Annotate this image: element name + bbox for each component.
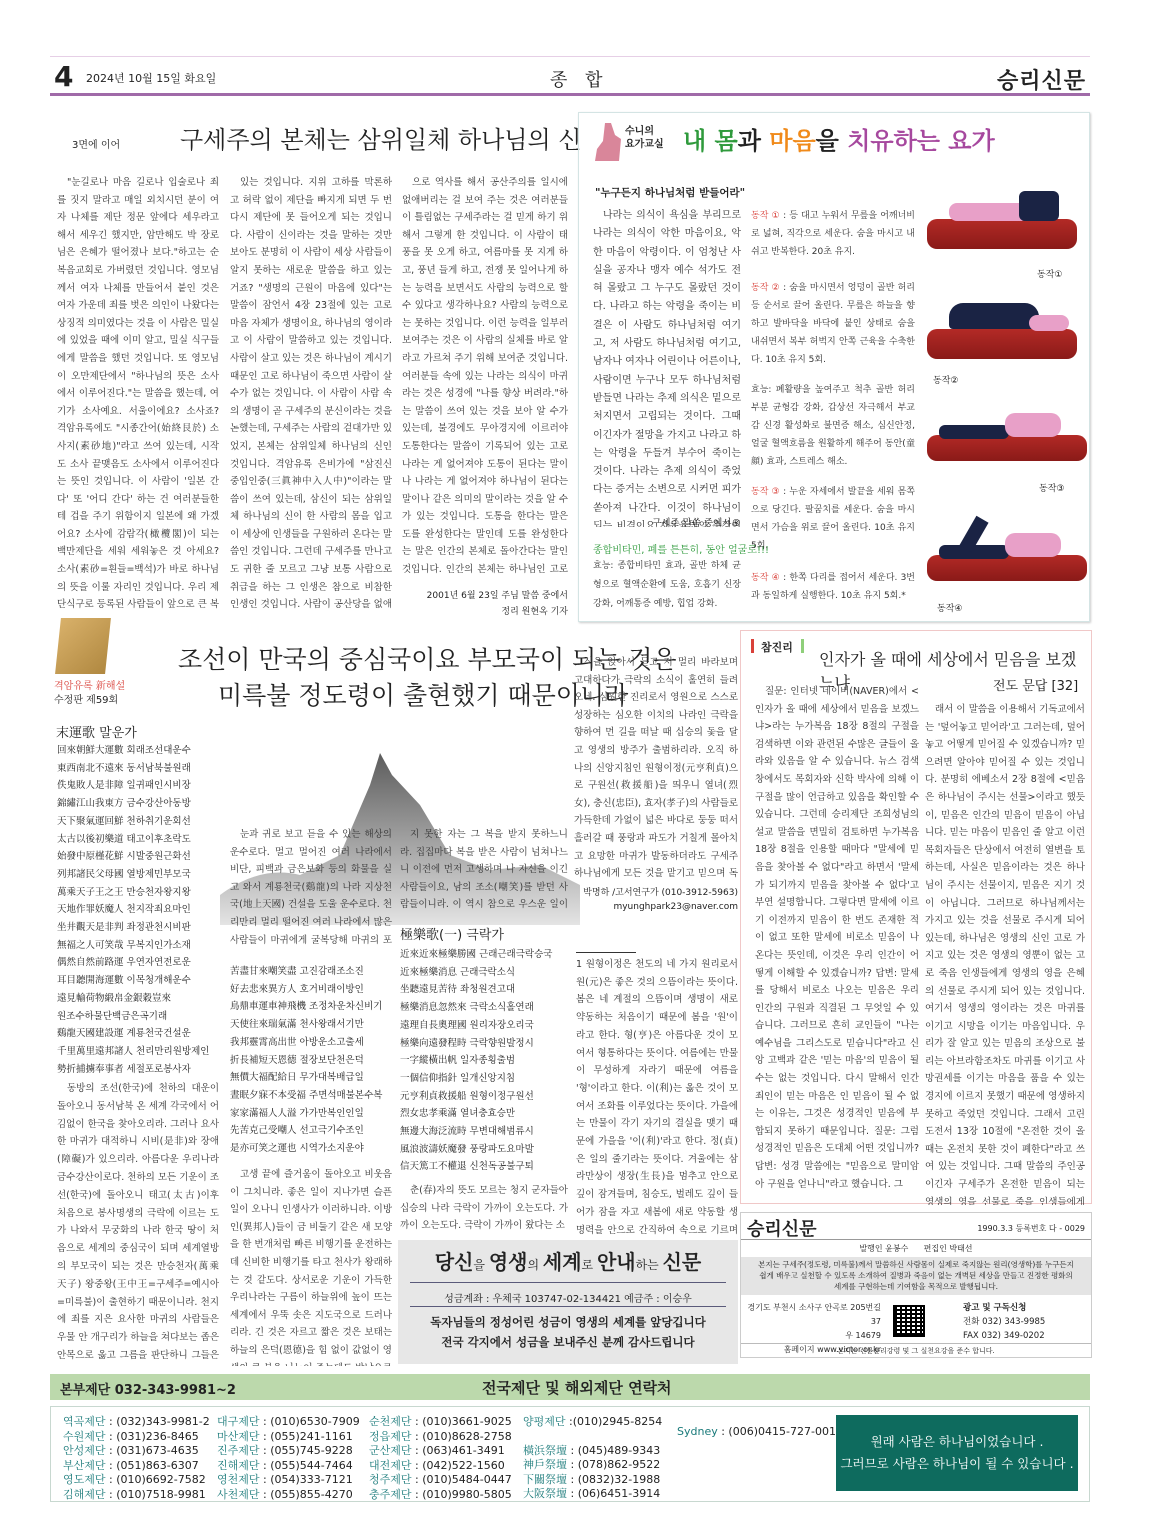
contact-value: : (055)241-1161: [260, 1430, 353, 1443]
contact-block: 광고 및 구독신청 전화 032) 343-9985 FAX 032) 349-…: [963, 1301, 1045, 1343]
contact-value: : (055)544-7464: [260, 1459, 353, 1472]
yoga-badge-line2: 요가교실: [625, 138, 664, 151]
song-line: 天地作罪妖魔人 천지작죄요마인: [57, 901, 217, 919]
yoga-quote-title: "누구든지 하나님처럼 받들어라": [595, 185, 745, 200]
ethics-note: 본지는 신문윤리강령 및 그 실천요강을 준수 합니다.: [741, 1346, 1091, 1356]
contact-item: 정읍제단 : (010)8628-2758: [369, 1430, 512, 1445]
qr-code[interactable]: [893, 1305, 925, 1337]
contact-value: : (010)3661-9025: [412, 1415, 512, 1428]
article2-col4: 식을 앉아서 듣고 저 멀리 바라보며 고대하다가 극락의 소식이 홀연히 들려…: [574, 654, 738, 884]
contact-value: : (031)236-8465: [106, 1430, 199, 1443]
contact-key: 역곡제단: [63, 1415, 106, 1428]
contact-value: :(010)2945-8254: [566, 1415, 663, 1428]
article2-col2b-text: 고생 끝에 즐거움이 돌아오고 비웃음이 그치니라. 좋은 일이 지나가면 슬픈…: [230, 1166, 392, 1366]
banner-line2: 그러므로 사람은 하나님이 될 수 있습니다 .: [836, 1453, 1078, 1475]
yoga-title-part: 마음: [769, 127, 815, 155]
banner-line1: 원래 사람은 하나님이었습니다 .: [836, 1431, 1078, 1453]
contact-item: 안성제단 : (031)673-4635: [63, 1444, 210, 1459]
ad-title: 광고 및 구독신청: [963, 1301, 1045, 1315]
song-line: 苦盡甘來嘲笑盡 고진감래조소진: [230, 963, 392, 981]
contact-item: 마산제단 : (055)241-1161: [217, 1430, 360, 1445]
song-line: 一字縱橫出帆 일자종횡출범: [400, 1052, 568, 1070]
contact-value: : (078)862-9522: [567, 1458, 660, 1471]
contact-item: 대전제단 : (042)522-1560: [369, 1459, 512, 1474]
author-name: 박명하 /고서연구가 (010-3912-5963): [574, 886, 738, 900]
article2-col2a-text: 눈과 귀로 보고 듣을 수 있는 해상의 운수로다. 멀고 멀어진 여러 나라에…: [230, 826, 392, 950]
contact-key: 대전제단: [369, 1459, 412, 1472]
contacts-list: 역곡제단 : (032)343-9981-2 수원제단 : (031)236-8…: [50, 1406, 1090, 1502]
article1-col2: 있는 것입니다. 지위 고하를 막론하고 허락 없이 제단을 빠지게 되면 두 …: [230, 174, 392, 614]
phone: 전화 032) 343-9985: [963, 1315, 1045, 1329]
article2-col4-text: 식을 앉아서 듣고 저 멀리 바라보며 고대하다가 극락의 소식이 홀연히 들려…: [574, 654, 738, 884]
contacts-col3: 순천제단 : (010)3661-9025 정읍제단 : (010)8628-2…: [369, 1415, 512, 1502]
song-line: 千里萬里遠邦諸人 천리만리원방제인: [57, 1043, 217, 1061]
song1-title: 末運歌 말운가: [56, 722, 137, 741]
contact-sydney: Sydney : (006)0415-727-001: [677, 1425, 836, 1440]
song-line: 鷄龍天國建設運 계룡천국건설운: [57, 1025, 217, 1043]
song-line: 遠理自長奧理國 원리자장오리국: [400, 1017, 568, 1035]
yoga-effect1-text: 효능: 폐활량을 높여주고 척추 골반 허리 부분 균형감 강화, 갑상선 자극…: [751, 385, 915, 467]
song-line: 太古以後初樂道 태고이후초락도: [57, 831, 217, 849]
song-line: 折長補短天恩德 절장보단천은덕: [230, 1052, 392, 1070]
song-line: 極樂向遠發程時 극락향원발정시: [400, 1035, 568, 1053]
contact-key: 안성제단: [63, 1444, 106, 1457]
mission-statement: 본지는 구세주(정도령, 미륵불)께서 말씀하신 사람몸이 실제로 죽지않는 원…: [741, 1257, 1091, 1295]
chamjinri-col1: 질문: 인터넷 네이버(NAVER)에서 <인자가 올 때에 세상에서 믿음을 …: [755, 683, 919, 1205]
song-line: 我邦靈霄高出世 아방운소고출세: [230, 1034, 392, 1052]
article2-col3a-text: 지 못한 자는 그 복을 받지 못하느니라. 집집마다 복을 받은 사람이 넘쳐…: [400, 826, 568, 914]
slogan-part: 의: [527, 1258, 542, 1272]
contact-item: 김해제단 : (010)7518-9981: [63, 1488, 210, 1503]
slogan-part: 신문: [663, 1250, 702, 1274]
chamjinri-section: 참진리 인자가 올 때에 세상에서 믿음을 보겠느냐 전도 문답 [32] 질문…: [740, 630, 1092, 1204]
yoga-figure-4: 동작④: [919, 509, 1087, 619]
contacts-col2: 대구제단 : (010)6530-7909 마산제단 : (055)241-11…: [217, 1415, 360, 1502]
yoga-title-part: 과: [738, 127, 770, 155]
contacts-col1: 역곡제단 : (032)343-9981-2 수원제단 : (031)236-8…: [63, 1415, 210, 1502]
article2-author: 박명하 /고서연구가 (010-3912-5963) myunghpark23@…: [574, 886, 738, 914]
fig-label-4: 동작④: [937, 601, 962, 614]
publisher: 발행인 윤봉수: [859, 1244, 908, 1253]
contact-item: 역곡제단 : (032)343-9981-2: [63, 1415, 210, 1430]
slogan-part: 세계: [543, 1250, 582, 1274]
article1-col3: 으로 역사를 해서 공산주의를 일시에 없애버리는 걸 보여 주는 것은 여러분…: [402, 174, 568, 576]
contact-value: : (010)6692-7582: [106, 1473, 206, 1486]
contact-value: : (010)6530-7909: [260, 1415, 360, 1428]
donation-ad: 당신을 영생의 세계로 안내하는 신문 성금계좌 : 우체국 103747-02…: [398, 1240, 738, 1364]
article1-title: 구세주의 본체는 삼위일체 하나님의 신: [180, 120, 581, 155]
contact-key: 양평제단: [523, 1415, 566, 1428]
chamjinri-col2: 래서 이 말씀을 이용해서 기독교에서는 '덮어놓고 믿어라'고 그러는데, 덮…: [925, 701, 1085, 1205]
contact-value: : (055)855-4270: [260, 1488, 353, 1501]
contact-value: : (010)8628-2758: [412, 1430, 512, 1443]
step2-label: 동작 ②: [751, 283, 780, 293]
contact-key: 순천제단: [369, 1415, 412, 1428]
contact-key: 청주제단: [369, 1473, 412, 1486]
rule: [741, 1239, 1091, 1240]
yoga-badge-line1: 수니의: [625, 125, 664, 138]
article1-col2-text: 있는 것입니다. 지위 고하를 막론하고 허락 없이 제단을 빠지게 되면 두 …: [230, 174, 392, 614]
song-line: 始發中原槿花鮮 시발중원근화선: [57, 848, 217, 866]
yoga-step4: 동작 ④ : 한쪽 다리를 접어서 세운다. 3번과 동일하게 실행한다. 10…: [751, 569, 915, 609]
song-line: 是亦可笑之運也 시역가소지운야: [230, 1140, 392, 1158]
yoga-figure-1: 동작①: [919, 183, 1087, 283]
ad-rule-2: [410, 1306, 726, 1307]
yoga-title-part: 내 몸: [683, 127, 738, 155]
registration: 1990.3.3 등록번호 다 - 0029: [977, 1223, 1085, 1234]
article1-col3-text: 으로 역사를 해서 공산주의를 일시에 없애버리는 걸 보여 주는 것은 여러분…: [402, 174, 568, 576]
song-line: 元亨利貞救援船 원형이정구원선: [400, 1088, 568, 1106]
song-line: 好去悲來異方人 호거비래이방인: [230, 981, 392, 999]
song3-lines: 近來近來極樂勝國 근래근래극락승국 近來極樂消息 근래극락소식 坐聽遠見苦待 좌…: [400, 946, 568, 1176]
yoga-pose-icon: [593, 121, 623, 165]
article1-source: 2001년 6월 23일 주님 말씀 중에서: [400, 588, 568, 604]
contact-item: 부산제단 : (051)863-6307: [63, 1459, 210, 1474]
contact-item: 영천제단 : (054)333-7121: [217, 1473, 360, 1488]
ad-slogan: 당신을 영생의 세계로 안내하는 신문: [398, 1246, 738, 1275]
contact-key: 김해제단: [63, 1488, 106, 1501]
chamjinri-col1-text: 질문: 인터넷 네이버(NAVER)에서 <인자가 올 때에 세상에서 믿음을 …: [755, 683, 919, 1193]
yoga-figure-3: 동작③: [919, 395, 1087, 495]
contact-item: 순천제단 : (010)3661-9025: [369, 1415, 512, 1430]
contact-value: : (063)461-3491: [412, 1444, 505, 1457]
song-line: 無價大福配給日 무가대복배급일: [230, 1069, 392, 1087]
slogan-part: 을: [473, 1258, 488, 1272]
song-line: 東西南北不遠來 동서남북불원래: [57, 760, 217, 778]
song-line: 耳目聽開海運數 이목청개해운수: [57, 972, 217, 990]
slogan-part: 안내: [597, 1250, 636, 1274]
contact-value: : (010)9980-5805: [412, 1488, 512, 1501]
contact-item: 수원제단 : (031)236-8465: [63, 1430, 210, 1445]
series-name: 격암유록 新해설: [54, 677, 125, 692]
continued-label: 3면에 이어: [72, 136, 120, 151]
rule: [741, 1343, 1091, 1344]
contact-key: 부산제단: [63, 1459, 106, 1472]
contacts-title: 전국제단 및 해외제단 연락처: [482, 1377, 672, 1398]
article2-col2a: 눈과 귀로 보고 듣을 수 있는 해상의 운수로다. 멀고 멀어진 여러 나라에…: [230, 826, 392, 950]
contact-value: : (0832)32-1988: [567, 1473, 660, 1486]
song-line: 烈女忠孝乘滿 열녀충효승만: [400, 1105, 568, 1123]
staff: 발행인 윤봉수 편집인 박태선: [741, 1243, 1091, 1254]
badge-bar-red: [751, 639, 754, 653]
contact-value: : (010)7518-9981: [106, 1488, 206, 1501]
yoga-section: 수니의 요가교실 내 몸과 마음을 치유하는 요가 "누구든지 하나님처럼 받들…: [578, 112, 1090, 622]
contact-key: 사천제단: [217, 1488, 260, 1501]
contact-key: Sydney: [677, 1425, 718, 1438]
fig-label-1: 동작①: [1037, 267, 1062, 280]
contact-item: 神戶祭壇 : (078)862-9522: [523, 1458, 662, 1473]
song-line: 遠見輸荷物緞帛金銀穀豈來: [57, 990, 217, 1008]
song-line: 坐井觀天是非判 좌정관천시비판: [57, 919, 217, 937]
contact-item: 충주제단 : (010)9980-5805: [369, 1488, 512, 1503]
contact-item: 청주제단 : (010)5484-0447: [369, 1473, 512, 1488]
song-line: 勢折捕擄奉事者 세절포로봉사자: [57, 1061, 217, 1079]
contact-item: 下關祭壇 : (0832)32-1988: [523, 1473, 662, 1488]
article2-col3b-text: 춘(春)자의 뜻도 모르는 청지 군자들아 십승의 나라 극락이 가까이 오는도…: [400, 1182, 568, 1235]
vitamin-title: 종합비타민, 폐를 튼튼히, 동안 얼굴로!!!: [593, 541, 769, 556]
contact-key: 神戶祭壇: [523, 1458, 567, 1471]
contact-value: : (06)6451-3914: [567, 1487, 660, 1500]
slogan-part: 로: [582, 1258, 597, 1272]
contact-key: 정읍제단: [369, 1430, 412, 1443]
contact-key: 진주제단: [217, 1444, 260, 1457]
newspaper-brand: 승리신문: [997, 64, 1086, 95]
article2-title-line2: 미륵불 정도령이 출현했기 때문이니라: [218, 676, 628, 712]
page-number: 4: [54, 60, 73, 93]
editor: 편집인 박태선: [924, 1244, 973, 1253]
contact-key: 橫浜祭壇: [523, 1444, 567, 1457]
song-line: 近來極樂消息 근래극락소식: [400, 964, 568, 982]
episode-number: 수정판 제59회: [54, 691, 118, 706]
footnote: 1 원형이정은 천도의 네 가지 원리로서 원(元)은 좋은 것의 으뜸이라는 …: [576, 956, 738, 1236]
contact-value: : (055)745-9228: [260, 1444, 353, 1457]
contact-value: : (006)0415-727-001: [718, 1425, 836, 1438]
song1-lines: 回來朝鮮大運數 회래조선대운수 東西南北不遠來 동서남북불원래 佚鬼敗人是非障 …: [57, 742, 217, 1078]
ad-account: 성금계좌 : 우체국 103747-02-134421 예금주 : 이승우: [398, 1290, 738, 1305]
section-name: 종 합: [550, 66, 609, 92]
chamjinri-col2-text: 래서 이 말씀을 이용해서 기독교에서는 '덮어놓고 믿어라'고 그러는데, 덮…: [925, 701, 1085, 1205]
song-line: 晝眠夕寐不本受福 주면석매불본수복: [230, 1087, 392, 1105]
song-line: 萬乘天子王之王 만승천자왕지왕: [57, 884, 217, 902]
hq-phone: 본부제단 032-343-9981~2: [60, 1379, 236, 1398]
badge-bar-green: [801, 639, 804, 653]
contact-value: : (051)863-6307: [106, 1459, 199, 1472]
masthead-name: 승리신문: [747, 1215, 817, 1241]
song-line: 偶然自然前路運 우연자연전로운: [57, 954, 217, 972]
song-line: 回來朝鮮大運數 회래조선대운수: [57, 742, 217, 760]
song-line: 佚鬼敗人是非障 일귀패인시비장: [57, 777, 217, 795]
chamjinri-subtitle: 전도 문답 [32]: [993, 675, 1078, 694]
author-email: myunghpark23@naver.com: [574, 900, 738, 914]
contact-item: 사천제단 : (055)855-4270: [217, 1488, 360, 1503]
postal-code: 우 14679: [745, 1329, 881, 1343]
yoga-effect2: 효능: 종합비타민 효과, 골반 하체 균형으로 혈액순환에 도움, 호흡기 신…: [593, 557, 741, 617]
slogan-part: 당신: [435, 1250, 474, 1274]
yoga-body: 나라는 의식이 욕심을 부리므로 나라는 의식이 악한 마음이요, 악한 마음이…: [593, 207, 741, 527]
yoga-title-part: 치유하는 요가: [847, 127, 994, 155]
yoga-title-part: 을: [816, 127, 848, 155]
step1-label: 동작 ①: [751, 211, 780, 221]
article1-reporter: 정리 원현옥 기자: [400, 604, 568, 620]
song2-lines: 苦盡甘來嘲笑盡 고진감래조소진 好去悲來異方人 호거비래이방인 鳥鼎車運車神飛機…: [230, 963, 392, 1158]
contacts-header: 본부제단 032-343-9981~2 전국제단 및 해외제단 연락처: [50, 1374, 1090, 1400]
song-line: 家家滿福人人溢 가가만복인인일: [230, 1105, 392, 1123]
slogan-part: 영생: [489, 1250, 528, 1274]
page-header: 4 2024년 10월 15일 화요일 종 합 승리신문: [50, 60, 1090, 96]
song-line: 天使往來瑞氣滿 천사왕래서기만: [230, 1016, 392, 1034]
song-line: 天下聚氣運回鮮 천하취기운회선: [57, 813, 217, 831]
footnote-text: 1 원형이정은 천도의 네 가지 원리로서 원(元)은 좋은 것의 으뜸이라는 …: [576, 959, 738, 1236]
yoga-body-text: 나라는 의식이 욕심을 부리므로 나라는 의식이 악한 마음이요, 악한 마음이…: [593, 207, 741, 527]
article2-col1-text: 동방의 조선(한국)에 천하의 대운이 돌아오니 동서남북 온 세계 각국에서 …: [57, 1080, 219, 1366]
masthead-info: 승리신문 1990.3.3 등록번호 다 - 0029 발행인 윤봉수 편집인 …: [740, 1212, 1092, 1358]
contact-key: 영천제단: [217, 1473, 260, 1486]
footnote-rule: [576, 952, 636, 953]
yoga-step1: 동작 ① : 등 대고 누워서 무릎을 어깨너비로 넓혀, 직각으로 세운다. …: [751, 207, 915, 267]
fig-label-2: 동작②: [933, 373, 958, 386]
song-line: 極樂消息忽然來 극락소식홀연래: [400, 999, 568, 1017]
contacts-col4: 양평제단 :(010)2945-8254 橫浜祭壇 : (045)489-934…: [523, 1415, 662, 1502]
contact-value: : (031)673-4635: [106, 1444, 199, 1457]
ad-line1: 독자님들의 정성어린 성금이 영생의 세계를 앞당깁니다: [398, 1314, 738, 1330]
song-line: 無福之人可笑哉 무복지인가소재: [57, 937, 217, 955]
fax: FAX 032) 349-0202: [963, 1329, 1045, 1343]
article2-col3a: 지 못한 자는 그 복을 받지 못하느니라. 집집마다 복을 받은 사람이 넘쳐…: [400, 826, 568, 914]
article1-col1-text: "눈길로나 마음 길로나 입술로나 죄를 짓지 말라고 매일 외치시던 분이 여…: [57, 174, 219, 614]
contact-value: : (010)5484-0447: [412, 1473, 512, 1486]
song-line: 鳥鼎車運車神飛機 조정차운차신비기: [230, 998, 392, 1016]
yoga-effect1: 효능: 폐활량을 높여주고 척추 골반 허리 부분 균형감 강화, 갑상선 자극…: [751, 381, 915, 473]
contact-value: : (045)489-9343: [567, 1444, 660, 1457]
contact-item: 橫浜祭壇 : (045)489-9343: [523, 1444, 662, 1459]
contact-key: 충주제단: [369, 1488, 412, 1501]
contact-key: 대구제단: [217, 1415, 260, 1428]
contact-item: 군산제단 : (063)461-3491: [369, 1444, 512, 1459]
contact-value: : (054)333-7121: [260, 1473, 353, 1486]
ad-rule-1: [410, 1282, 726, 1283]
yoga-body-source: 구세주 말씀 중에서®: [593, 515, 741, 529]
contact-item: 양평제단 :(010)2945-8254: [523, 1415, 662, 1430]
contact-key: 수원제단: [63, 1430, 106, 1443]
contact-value: : (032)343-9981-2: [106, 1415, 210, 1428]
article1-col1: "눈길로나 마음 길로나 입술로나 죄를 짓지 말라고 매일 외치시던 분이 여…: [57, 174, 219, 614]
song-line: 近來近來極樂勝國 근래근래극락승국: [400, 946, 568, 964]
article2-col3b: 춘(春)자의 뜻도 모르는 청지 군자들아 십승의 나라 극락이 가까이 오는도…: [400, 1182, 568, 1236]
contact-item: 진해제단 : (055)544-7464: [217, 1459, 360, 1474]
song-line: 원조수하물단백금은곡기래: [57, 1008, 217, 1026]
chamjinri-badge: 참진리: [761, 639, 793, 655]
yoga-title: 내 몸과 마음을 치유하는 요가: [683, 121, 995, 156]
yoga-badge: 수니의 요가교실: [625, 125, 664, 151]
contact-value: : (042)522-1560: [412, 1459, 505, 1472]
song-line: 無邊大海泛流時 무변대해범류시: [400, 1123, 568, 1141]
contact-item: 진주제단 : (055)745-9228: [217, 1444, 360, 1459]
contact-key: 영도제단: [63, 1473, 106, 1486]
article2-col2b: 고생 끝에 즐거움이 돌아오고 비웃음이 그치니라. 좋은 일이 지나가면 슬픈…: [230, 1166, 392, 1366]
song-line: 風浪波濤妖魔發 풍랑파도요마발: [400, 1141, 568, 1159]
ad-line2: 전국 각지에서 성금을 보내주신 분께 감사드립니다: [398, 1334, 738, 1350]
contact-item: 대구제단 : (010)6530-7909: [217, 1415, 360, 1430]
song3-title: 極樂歌(一) 극락가: [400, 924, 504, 943]
song-line: 一個信仰指針 일개신앙지침: [400, 1070, 568, 1088]
address: 경기도 부천시 소사구 안곡로 205번길 37: [745, 1301, 881, 1329]
song-line: 坐聽遠見苦待 좌청원견고대: [400, 981, 568, 999]
article1-byline: 2001년 6월 23일 주님 말씀 중에서 정리 원현옥 기자: [400, 588, 568, 620]
book-image: [55, 618, 111, 674]
contact-key: 下關祭壇: [523, 1473, 567, 1486]
yoga-effect2-text: 효능: 종합비타민 효과, 골반 하체 균형으로 혈액순환에 도움, 호흡기 신…: [593, 561, 741, 609]
song-line: 信天篤工不權退 신천독공불구퇴: [400, 1158, 568, 1176]
song-line: 錦繡江山我東方 금수강산아동방: [57, 795, 217, 813]
fig-label-3: 동작③: [1039, 481, 1064, 494]
step2-text: : 숨을 마시면서 엉덩이 골반 허리 등 순서로 끌어 올린다. 무릎은 하늘…: [751, 283, 915, 365]
yoga-figure-2: 동작②: [919, 289, 1087, 389]
contact-item: 大阪祭壇 : (06)6451-3914: [523, 1487, 662, 1502]
slogan-part: 하는: [636, 1258, 663, 1272]
issue-date: 2024년 10월 15일 화요일: [86, 70, 216, 86]
contact-item: 영도제단 : (010)6692-7582: [63, 1473, 210, 1488]
step4-label: 동작 ④: [751, 573, 780, 583]
yoga-step3: 동작 ③ : 누운 자세에서 발끝을 세워 몸쪽으로 당긴다. 팔꿈치를 세운다…: [751, 483, 915, 557]
song-line: 先苦克己受嘲人 선고극기수조인: [230, 1122, 392, 1140]
contact-key: 大阪祭壇: [523, 1487, 567, 1500]
article2-col1: 동방의 조선(한국)에 천하의 대운이 돌아오니 동서남북 온 세계 각국에서 …: [57, 1080, 219, 1366]
contact-key: 마산제단: [217, 1430, 260, 1443]
slogan-banner: 원래 사람은 하나님이었습니다 . 그러므로 사람은 하나님이 될 수 있습니다…: [836, 1415, 1078, 1491]
contact-key: 진해제단: [217, 1459, 260, 1472]
step3-label: 동작 ③: [751, 487, 780, 497]
contact-key: 군산제단: [369, 1444, 412, 1457]
header-top-rule: [50, 56, 1090, 57]
yoga-step2: 동작 ② : 숨을 마시면서 엉덩이 골반 허리 등 순서로 끌어 올린다. 무…: [751, 279, 915, 371]
song-line: 列邦諸民父母國 열방제민부모국: [57, 866, 217, 884]
